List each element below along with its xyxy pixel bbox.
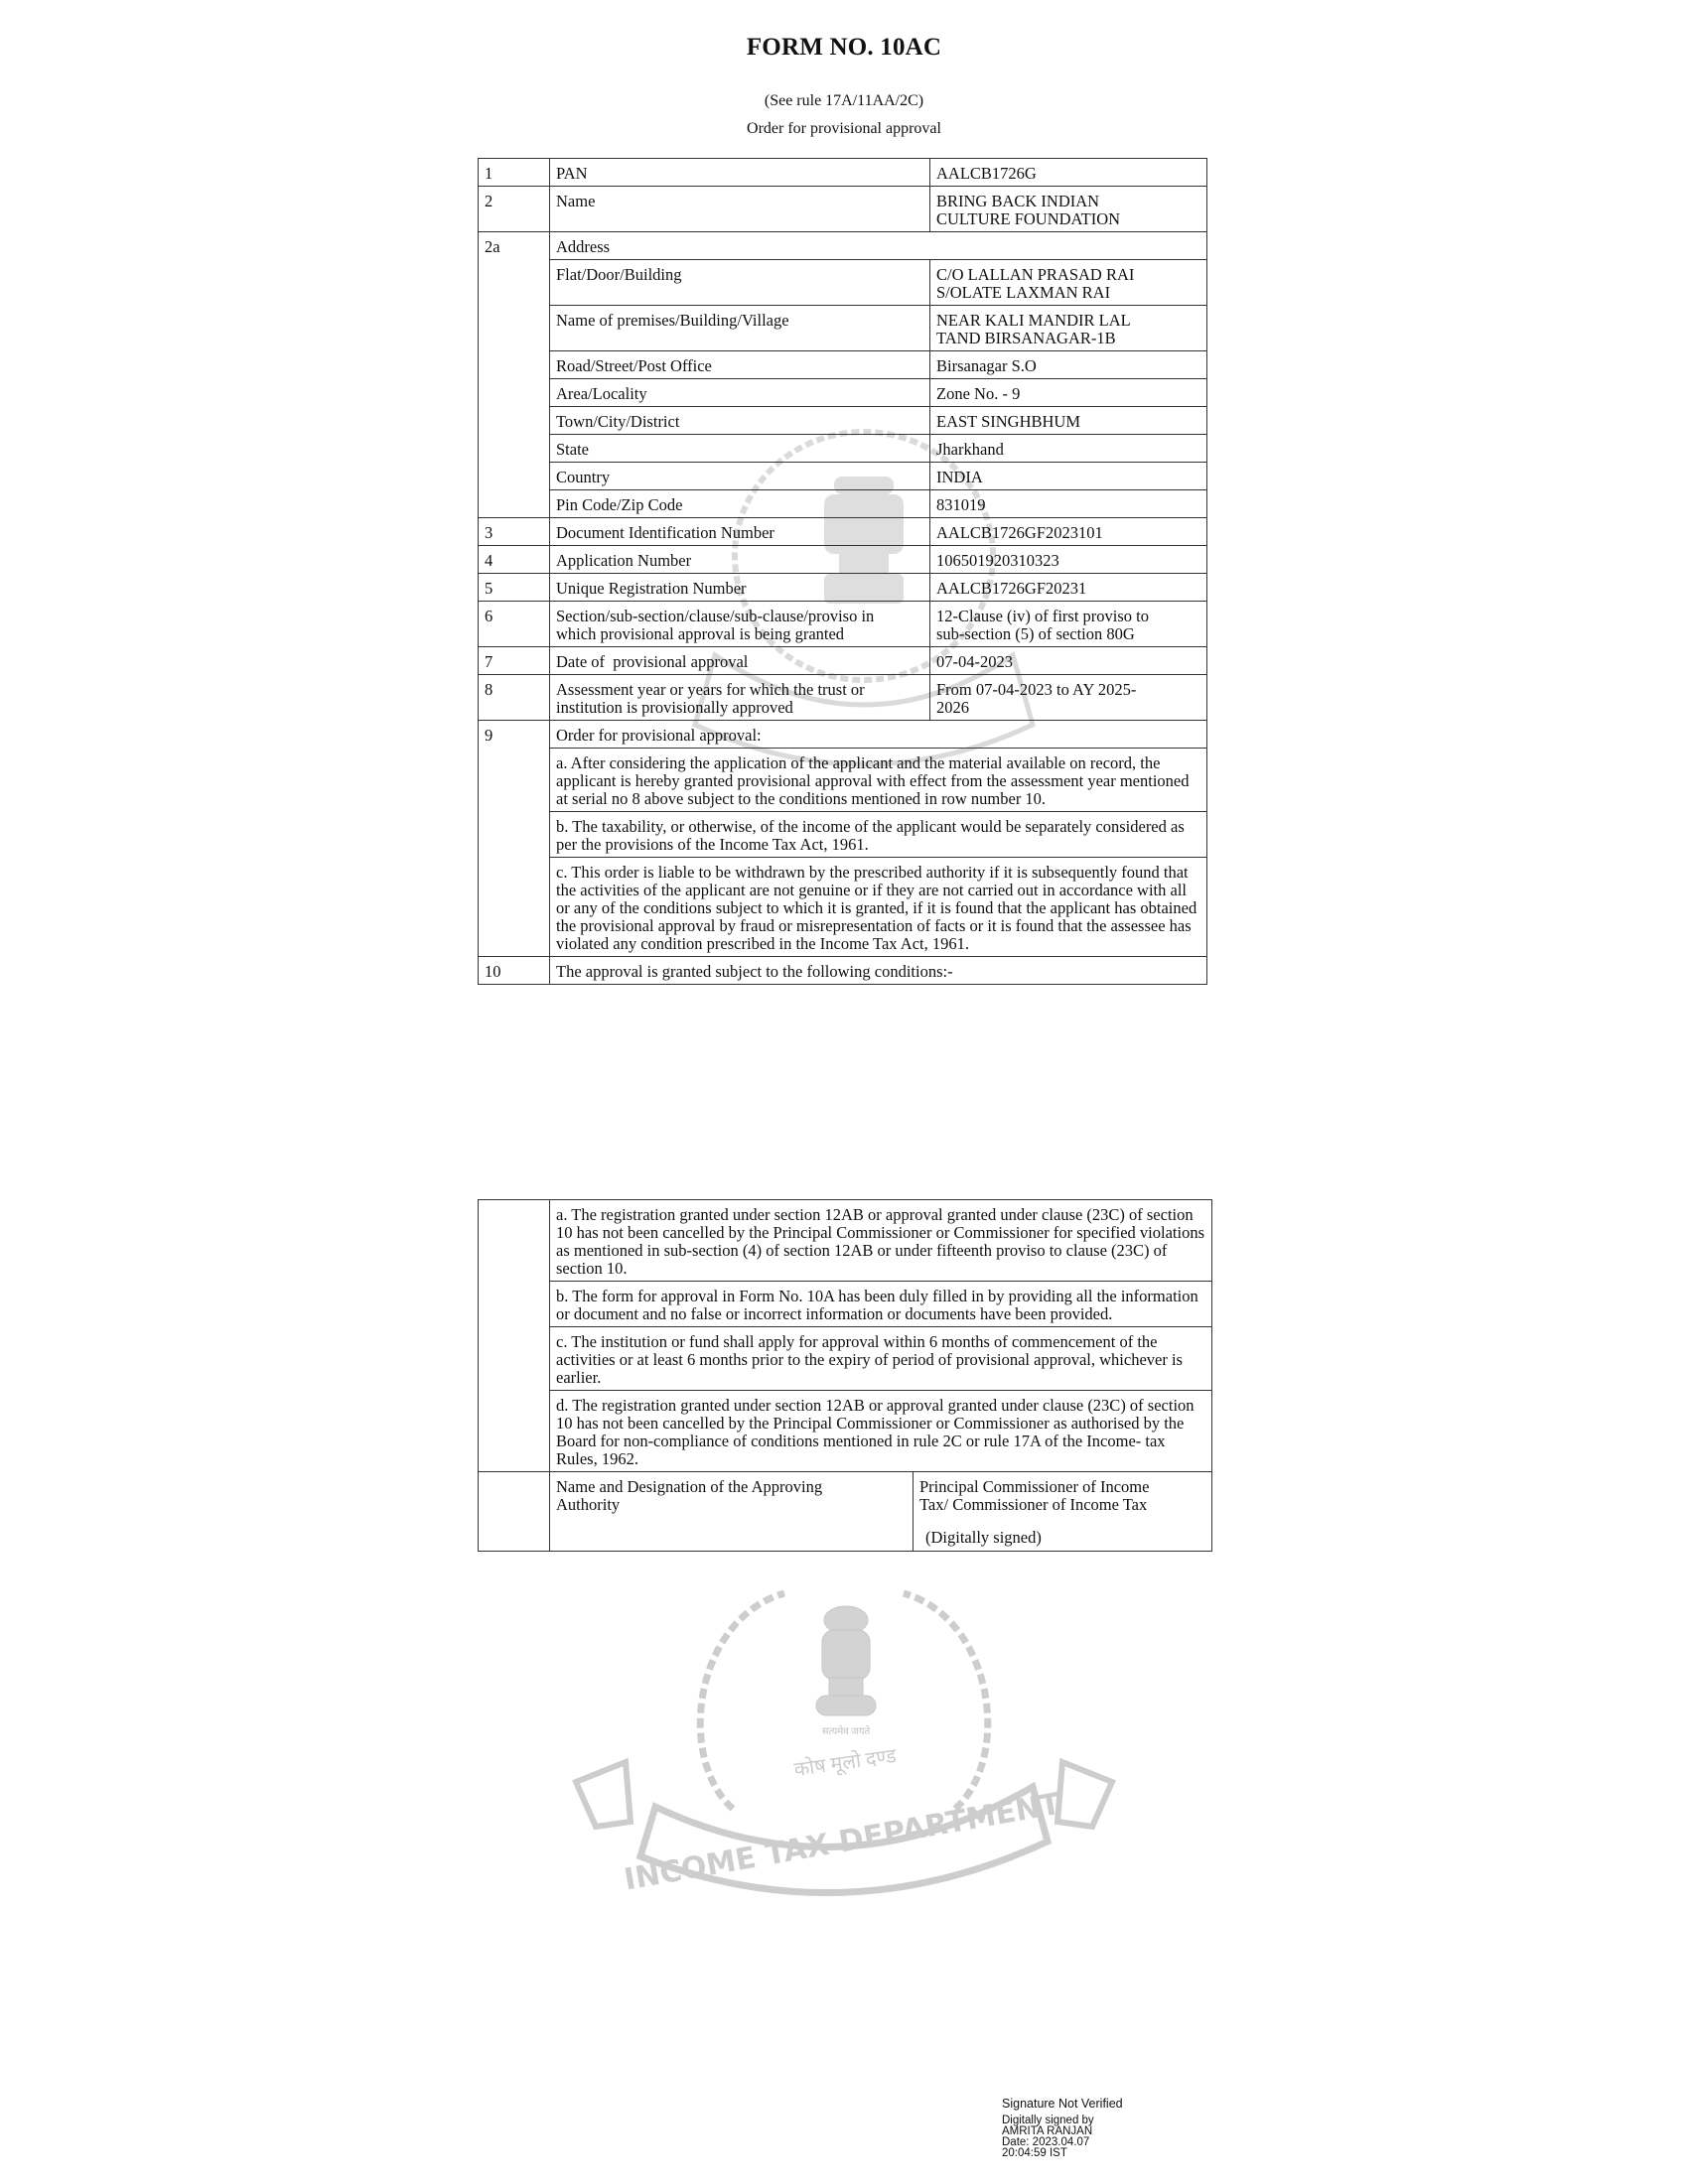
row-order-header: 9 Order for provisional approval:: [479, 721, 1207, 749]
unique-registration-value: AALCB1726GF20231: [930, 574, 1207, 602]
row-address-header: 2a Address: [479, 232, 1207, 260]
field-label: Pin Code/Zip Code: [550, 490, 930, 518]
field-label: Unique Registration Number: [550, 574, 930, 602]
field-label: Road/Street/Post Office: [550, 351, 930, 379]
field-label: Section/sub-section/clause/sub-clause/pr…: [550, 602, 930, 647]
order-paragraph: c. This order is liable to be withdrawn …: [550, 858, 1207, 957]
condition-row-b: b. The form for approval in Form No. 10A…: [479, 1282, 1212, 1327]
order-paragraph: b. The taxability, or otherwise, of the …: [550, 812, 1207, 858]
row-number: 2a: [479, 232, 550, 260]
conditions-table: a. The registration granted under sectio…: [478, 1199, 1212, 1552]
pin-code-value: 831019: [930, 490, 1207, 518]
row-document-id: 3 Document Identification Number AALCB17…: [479, 518, 1207, 546]
name-value: BRING BACK INDIANCULTURE FOUNDATION: [930, 187, 1207, 232]
row-name: 2 Name BRING BACK INDIANCULTURE FOUNDATI…: [479, 187, 1207, 232]
field-label: Name: [550, 187, 930, 232]
form-title: FORM NO. 10AC: [0, 34, 1688, 62]
row-unique-registration: 5 Unique Registration Number AALCB1726GF…: [479, 574, 1207, 602]
application-number-value: 106501920310323: [930, 546, 1207, 574]
row-number: 5: [479, 574, 550, 602]
country-value: INDIA: [930, 463, 1207, 490]
form-subtitle: Order for provisional approval: [0, 120, 1688, 138]
rule-reference: (See rule 17A/11AA/2C): [0, 92, 1688, 110]
document-id-value: AALCB1726GF2023101: [930, 518, 1207, 546]
row-number: 8: [479, 675, 550, 721]
row-number: 3: [479, 518, 550, 546]
income-tax-department-emblem: सत्यमेव जयते कोष मूलो दण्ड INCOME TAX DE…: [556, 1578, 1132, 1906]
condition-text: d. The registration granted under sectio…: [550, 1391, 1212, 1472]
row-pin-code: Pin Code/Zip Code 831019: [479, 490, 1207, 518]
condition-row-d: d. The registration granted under sectio…: [479, 1391, 1212, 1472]
row-state: State Jharkhand: [479, 435, 1207, 463]
row-section: 6 Section/sub-section/clause/sub-clause/…: [479, 602, 1207, 647]
town-city-value: EAST SINGHBHUM: [930, 407, 1207, 435]
row-number: 10: [479, 957, 550, 985]
row-number: 6: [479, 602, 550, 647]
field-label: Area/Locality: [550, 379, 930, 407]
field-label: Application Number: [550, 546, 930, 574]
row-approval-date: 7 Date of provisional approval 07-04-202…: [479, 647, 1207, 675]
row-assessment-year: 8 Assessment year or years for which the…: [479, 675, 1207, 721]
row-number: 1: [479, 159, 550, 187]
field-label: The approval is granted subject to the f…: [550, 957, 1207, 985]
row-premises: Name of premises/Building/Village NEAR K…: [479, 306, 1207, 351]
field-label: Flat/Door/Building: [550, 260, 930, 306]
condition-text: a. The registration granted under sectio…: [550, 1200, 1212, 1282]
field-label: Country: [550, 463, 930, 490]
row-flat-door-building: Flat/Door/Building C/O LALLAN PRASAD RAI…: [479, 260, 1207, 306]
row-order-paragraph-c: c. This order is liable to be withdrawn …: [479, 858, 1207, 957]
row-pan: 1 PAN AALCB1726G: [479, 159, 1207, 187]
field-label: Order for provisional approval:: [550, 721, 1207, 749]
order-paragraph: a. After considering the application of …: [550, 749, 1207, 812]
road-street-value: Birsanagar S.O: [930, 351, 1207, 379]
condition-row-c: c. The institution or fund shall apply f…: [479, 1327, 1212, 1391]
row-conditions-header: 10 The approval is granted subject to th…: [479, 957, 1207, 985]
row-country: Country INDIA: [479, 463, 1207, 490]
row-area-locality: Area/Locality Zone No. - 9: [479, 379, 1207, 407]
premises-value: NEAR KALI MANDIR LALTAND BIRSANAGAR-1B: [930, 306, 1207, 351]
field-label: PAN: [550, 159, 930, 187]
row-order-paragraph-a: a. After considering the application of …: [479, 749, 1207, 812]
row-number: 9: [479, 721, 550, 749]
approval-details-table: 1 PAN AALCB1726G 2 Name BRING BACK INDIA…: [478, 158, 1207, 985]
state-value: Jharkhand: [930, 435, 1207, 463]
signature-status: Signature Not Verified: [1002, 2097, 1181, 2111]
row-application-number: 4 Application Number 106501920310323: [479, 546, 1207, 574]
field-label: State: [550, 435, 930, 463]
row-number: 7: [479, 647, 550, 675]
signature-time: 20:04:59 IST: [1002, 2148, 1181, 2159]
field-label: Assessment year or years for which the t…: [550, 675, 930, 721]
field-label: Address: [550, 232, 1207, 260]
digital-signature-block[interactable]: ? Signature Not Verified Digitally signe…: [1002, 2097, 1181, 2159]
approving-authority-label: Name and Designation of the ApprovingAut…: [550, 1472, 914, 1552]
svg-text:सत्यमेव जयते: सत्यमेव जयते: [822, 1725, 871, 1737]
section-value: 12-Clause (iv) of first proviso tosub-se…: [930, 602, 1207, 647]
svg-text:कोष मूलो दण्ड: कोष मूलो दण्ड: [792, 1744, 898, 1782]
row-number: 2: [479, 187, 550, 232]
row-town-city: Town/City/District EAST SINGHBHUM: [479, 407, 1207, 435]
approving-authority-value: Principal Commissioner of Income Tax/ Co…: [914, 1472, 1212, 1552]
area-locality-value: Zone No. - 9: [930, 379, 1207, 407]
row-order-paragraph-b: b. The taxability, or otherwise, of the …: [479, 812, 1207, 858]
approval-date-value: 07-04-2023: [930, 647, 1207, 675]
approving-authority-row: Name and Designation of the ApprovingAut…: [479, 1472, 1212, 1552]
row-number: 4: [479, 546, 550, 574]
condition-text: b. The form for approval in Form No. 10A…: [550, 1282, 1212, 1327]
field-label: Name of premises/Building/Village: [550, 306, 930, 351]
field-label: Document Identification Number: [550, 518, 930, 546]
row-road-street: Road/Street/Post Office Birsanagar S.O: [479, 351, 1207, 379]
condition-text: c. The institution or fund shall apply f…: [550, 1327, 1212, 1391]
pan-value: AALCB1726G: [930, 159, 1207, 187]
field-label: Date of provisional approval: [550, 647, 930, 675]
field-label: Town/City/District: [550, 407, 930, 435]
flat-door-building-value: C/O LALLAN PRASAD RAIS/OLATE LAXMAN RAI: [930, 260, 1207, 306]
condition-row-a: a. The registration granted under sectio…: [479, 1200, 1212, 1282]
digitally-signed-note: (Digitally signed): [919, 1529, 1205, 1547]
assessment-year-value: From 07-04-2023 to AY 2025-2026: [930, 675, 1207, 721]
svg-text:INCOME TAX DEPARTMENT: INCOME TAX DEPARTMENT: [622, 1787, 1063, 1898]
